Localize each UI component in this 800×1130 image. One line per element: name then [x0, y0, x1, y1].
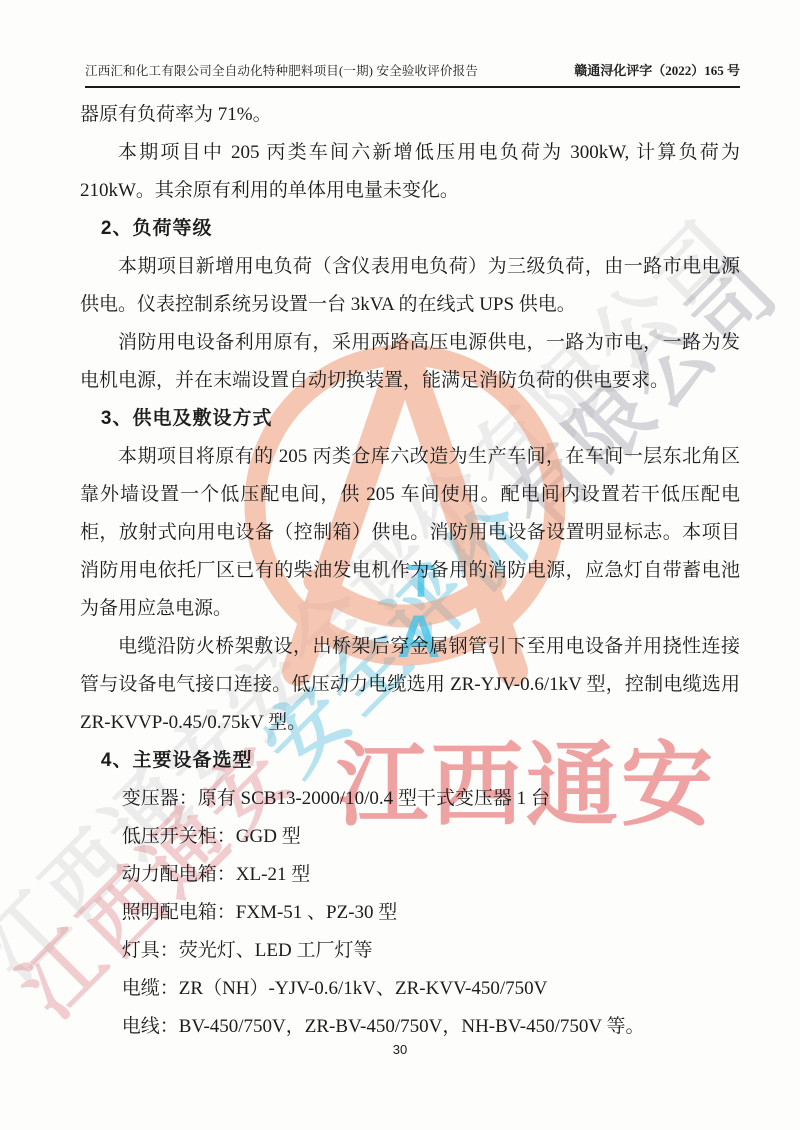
equipment-item: 动力配电箱：XL-21 型 [80, 856, 740, 894]
equipment-item: 变压器：原有 SCB13-2000/10/0.4 型干式变压器 1 台 [80, 780, 740, 818]
paragraph: 器原有负荷率为 71%。 [80, 96, 740, 134]
paragraph: 本期项目将原有的 205 丙类仓库六改造为生产车间，在车间一层东北角区靠外墙设置… [80, 438, 740, 628]
section-heading: 2、负荷等级 [80, 210, 740, 248]
equipment-item: 灯具：荧光灯、LED 工厂灯等 [80, 932, 740, 970]
paragraph: 本期项目新增用电负荷（含仪表用电负荷）为三级负荷，由一路市电电源供电。仪表控制系… [80, 248, 740, 324]
section-heading: 3、供电及敷设方式 [80, 400, 740, 438]
equipment-item: 电缆：ZR（NH）-YJV-0.6/1kV、ZR-KVV-450/750V [80, 970, 740, 1008]
page-header: 江西汇和化工有限公司全自动化特种肥料项目(一期) 安全验收评价报告 赣通浔化评字… [85, 60, 740, 88]
header-document-number: 赣通浔化评字（2022）165 号 [574, 60, 740, 79]
page-number: 30 [0, 1042, 800, 1057]
paragraph: 本期项目中 205 丙类车间六新增低压用电负荷为 300kW, 计算负荷为 21… [80, 134, 740, 210]
paragraph: 消防用电设备利用原有，采用两路高压电源供电，一路为市电，一路为发电机电源，并在末… [80, 324, 740, 400]
equipment-item: 低压开关柜：GGD 型 [80, 818, 740, 856]
document-body: 器原有负荷率为 71%。本期项目中 205 丙类车间六新增低压用电负荷为 300… [80, 96, 740, 1046]
section-heading: 4、主要设备选型 [80, 742, 740, 780]
equipment-item: 电线：BV-450/750V，ZR-BV-450/750V，NH-BV-450/… [80, 1008, 740, 1046]
equipment-item: 照明配电箱：FXM-51 、PZ-30 型 [80, 894, 740, 932]
paragraph: 电缆沿防火桥架敷设，出桥架后穿金属钢管引下至用电设备并用挠性连接管与设备电气接口… [80, 628, 740, 742]
header-report-title: 江西汇和化工有限公司全自动化特种肥料项目(一期) 安全验收评价报告 [85, 61, 478, 79]
